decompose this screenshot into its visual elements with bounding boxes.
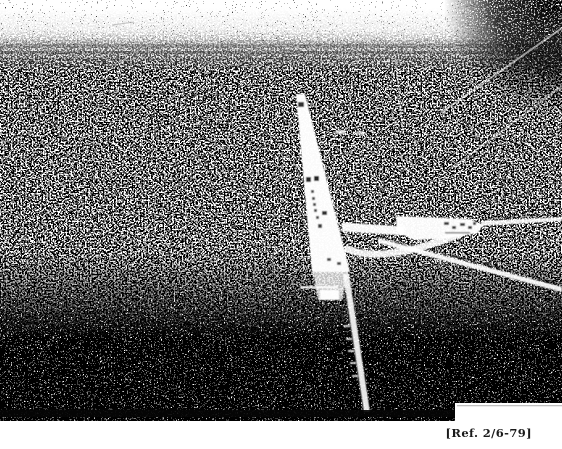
aerial-photo <box>0 0 562 421</box>
building-mark <box>336 130 345 134</box>
building-mark <box>356 131 364 135</box>
document-page: [Ref. 2/6-79] <box>0 0 562 449</box>
photo-caption: [Ref. 2/6-79] <box>446 426 532 440</box>
